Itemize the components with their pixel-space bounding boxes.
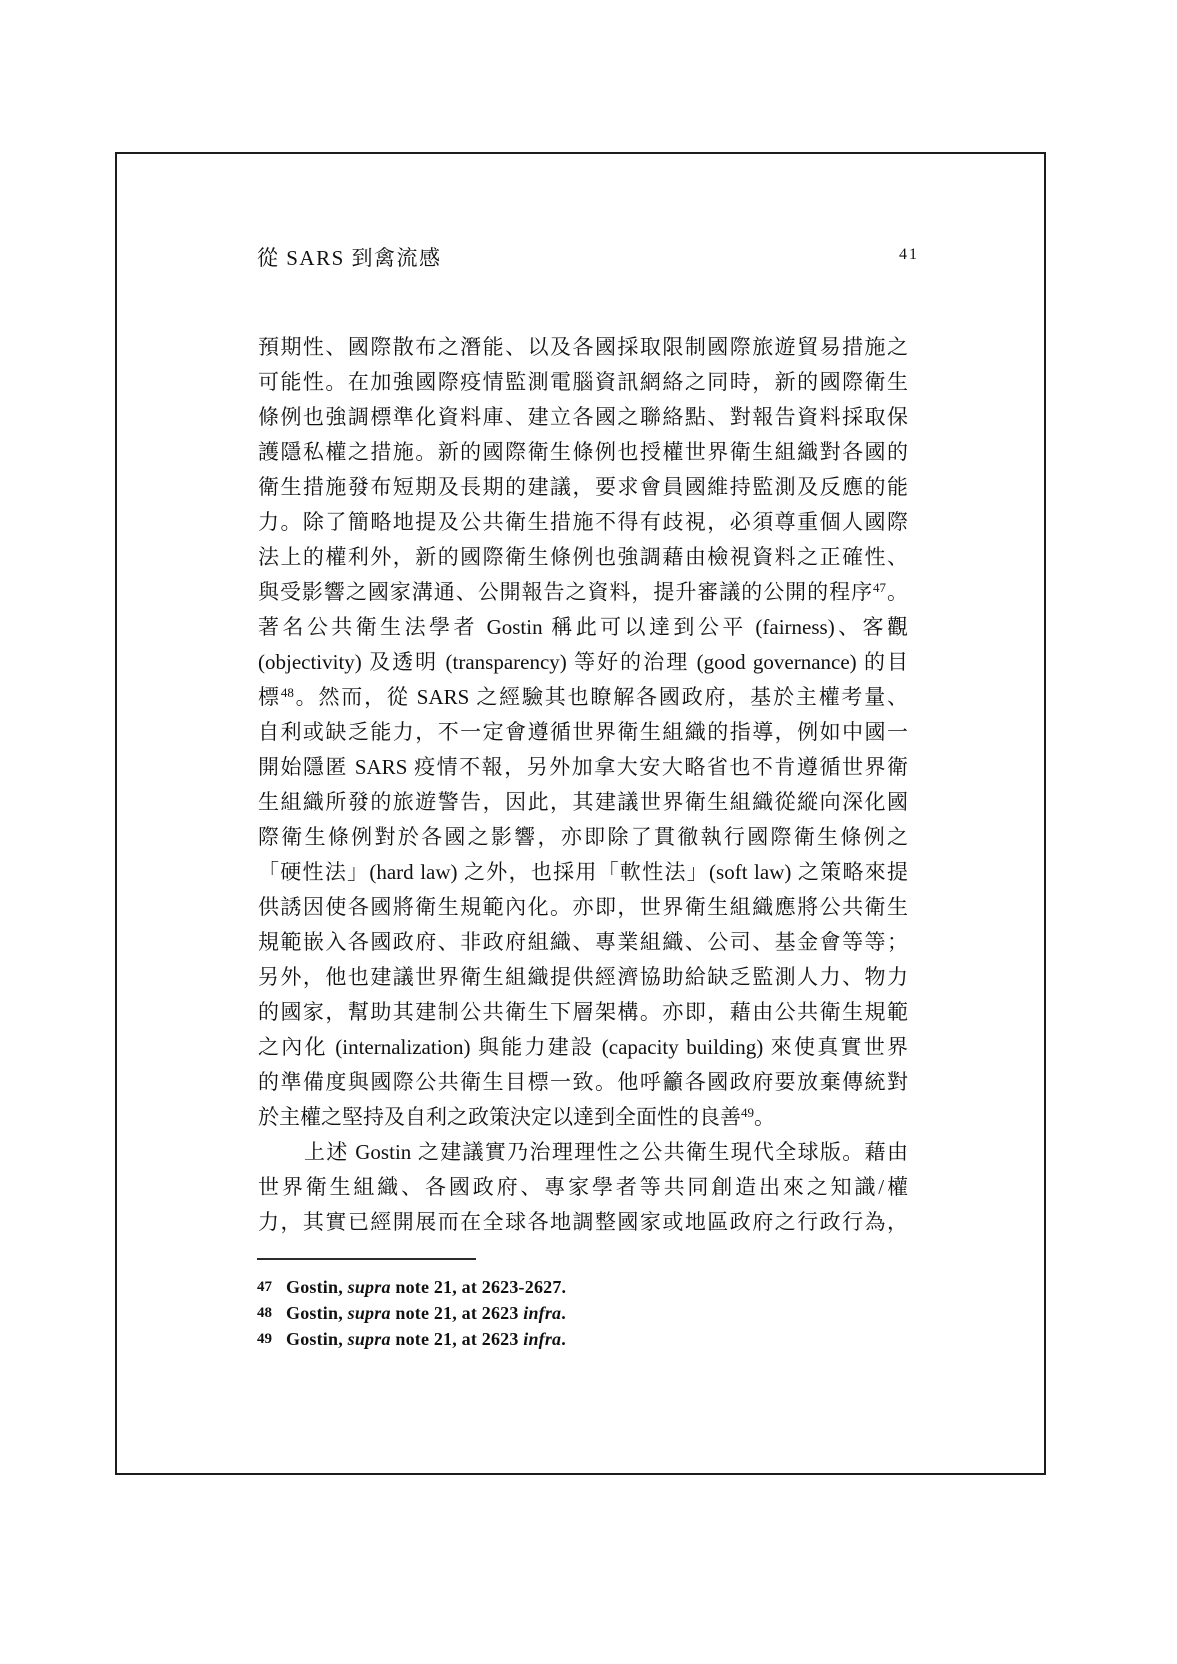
- body-text-segment: 規範嵌入各國政府、非政府組織、專業組織、公司、基金會等等；: [258, 930, 908, 954]
- footnote-text-italic-segment: infra: [523, 1329, 561, 1349]
- body-text-segment: 。然而，從 SARS 之經驗其也瞭解各國政府，基於主權考量、: [294, 685, 908, 709]
- body-text-segment: 預期性、國際散布之潛能、以及各國採取限制國際旅遊貿易措施之: [258, 335, 908, 359]
- body-text-segment: 於主權之堅持及自利之政策決定以達到全面性的良善: [258, 1105, 741, 1129]
- body-line: 世界衛生組織、各國政府、專家學者等共同創造出來之知識/權: [258, 1170, 908, 1205]
- body-line: 之內化 (internalization) 與能力建設 (capacity bu…: [258, 1030, 908, 1065]
- body-line: 際衛生條例對於各國之影響，亦即除了貫徹執行國際衛生條例之: [258, 820, 908, 855]
- footnote-number: 48: [257, 1300, 277, 1326]
- footnote-text: Gostin, supra note 21, at 2623-2627.: [286, 1277, 566, 1297]
- body-text-segment: 生組織所發的旅遊警告，因此，其建議世界衛生組織從縱向深化國: [258, 790, 908, 814]
- body-line: 標48。然而，從 SARS 之經驗其也瞭解各國政府，基於主權考量、: [258, 680, 908, 715]
- body-text-segment: 的國家，幫助其建制公共衛生下層架構。亦即，藉由公共衛生規範: [258, 1000, 908, 1024]
- body-text-segment: 。: [754, 1105, 775, 1129]
- body-line: 著名公共衛生法學者 Gostin 稱此可以達到公平 (fairness)、客觀: [258, 610, 908, 645]
- body-text-segment: 另外，他也建議世界衛生組織提供經濟協助給缺乏監測人力、物力: [258, 965, 908, 989]
- body-text-segment: 之內化 (internalization) 與能力建設 (capacity bu…: [258, 1035, 908, 1059]
- running-header-title: 從 SARS 到禽流感: [257, 242, 442, 272]
- body-text-segment: 力。除了簡略地提及公共衛生措施不得有歧視，必須尊重個人國際: [258, 510, 908, 534]
- footnote-text-italic-segment: infra: [523, 1303, 561, 1323]
- body-line: 另外，他也建議世界衛生組織提供經濟協助給缺乏監測人力、物力: [258, 960, 908, 995]
- body-line: 力。除了簡略地提及公共衛生措施不得有歧視，必須尊重個人國際: [258, 505, 908, 540]
- body-line: 「硬性法」(hard law) 之外，也採用「軟性法」(soft law) 之策…: [258, 855, 908, 890]
- footnote-number: 49: [257, 1326, 277, 1352]
- body-text-segment: 際衛生條例對於各國之影響，亦即除了貫徹執行國際衛生條例之: [258, 825, 908, 849]
- page-number: 41: [899, 246, 919, 264]
- body-line: 預期性、國際散布之潛能、以及各國採取限制國際旅遊貿易措施之: [258, 330, 908, 365]
- body-line: 於主權之堅持及自利之政策決定以達到全面性的良善49。: [258, 1100, 908, 1135]
- body-line: 規範嵌入各國政府、非政府組織、專業組織、公司、基金會等等；: [258, 925, 908, 960]
- footnote-separator: [257, 1258, 476, 1260]
- body-text-segment: 開始隱匿 SARS 疫情不報，另外加拿大安大略省也不肯遵循世界衛: [258, 755, 908, 779]
- footnote: 49Gostin, supra note 21, at 2623 infra.: [257, 1326, 908, 1352]
- body-text-segment: 護隱私權之措施。新的國際衛生條例也授權世界衛生組織對各國的: [258, 440, 908, 464]
- body-text-segment: 標: [258, 685, 281, 709]
- body-text-segment: 力，其實已經開展而在全球各地調整國家或地區政府之行政行為，: [258, 1210, 908, 1234]
- footnote-ref: 47: [873, 580, 886, 595]
- footnote: 47Gostin, supra note 21, at 2623-2627.: [257, 1274, 908, 1300]
- footnote-text-segment: .: [561, 1303, 566, 1323]
- body-text-segment: 法上的權利外，新的國際衛生條例也強調藉由檢視資料之正確性、: [258, 545, 908, 569]
- footnote-text-italic-segment: supra: [348, 1303, 391, 1323]
- footnote-text-segment: Gostin,: [286, 1329, 348, 1349]
- body-text-segment: 可能性。在加強國際疫情監測電腦資訊網絡之同時，新的國際衛生: [258, 370, 908, 394]
- footnote-text-segment: Gostin,: [286, 1303, 348, 1323]
- body-text-segment: 的準備度與國際公共衛生目標一致。他呼籲各國政府要放棄傳統對: [258, 1070, 908, 1094]
- body-line: 衛生措施發布短期及長期的建議，要求會員國維持監測及反應的能: [258, 470, 908, 505]
- body-line: 力，其實已經開展而在全球各地調整國家或地區政府之行政行為，: [258, 1205, 908, 1240]
- body-text-segment: 著名公共衛生法學者 Gostin 稱此可以達到公平 (fairness)、客觀: [258, 615, 908, 639]
- footnote-ref: 49: [741, 1105, 754, 1120]
- document-page: 從 SARS 到禽流感 41 預期性、國際散布之潛能、以及各國採取限制國際旅遊貿…: [0, 0, 1177, 1664]
- footnotes-block: 47Gostin, supra note 21, at 2623-2627.48…: [257, 1274, 908, 1352]
- body-line: 護隱私權之措施。新的國際衛生條例也授權世界衛生組織對各國的: [258, 435, 908, 470]
- footnote-text-italic-segment: supra: [348, 1277, 391, 1297]
- body-line: (objectivity) 及透明 (transparency) 等好的治理 (…: [258, 645, 908, 680]
- body-line: 條例也強調標準化資料庫、建立各國之聯絡點、對報告資料採取保: [258, 400, 908, 435]
- footnote-text: Gostin, supra note 21, at 2623 infra.: [286, 1329, 566, 1349]
- body-text-segment: 與受影響之國家溝通、公開報告之資料，提升審議的公開的程序: [258, 580, 873, 604]
- footnote-ref: 48: [281, 685, 294, 700]
- body-text-segment: 自利或缺乏能力，不一定會遵循世界衛生組織的指導，例如中國一: [258, 720, 908, 744]
- body-text-segment: 世界衛生組織、各國政府、專家學者等共同創造出來之知識/權: [258, 1175, 908, 1199]
- body-text-segment: 上述 Gostin 之建議實乃治理理性之公共衛生現代全球版。藉由: [304, 1140, 908, 1164]
- body-line: 供誘因使各國將衛生規範內化。亦即，世界衛生組織應將公共衛生: [258, 890, 908, 925]
- body-text-segment: 。: [886, 580, 908, 604]
- footnote: 48Gostin, supra note 21, at 2623 infra.: [257, 1300, 908, 1326]
- body-line: 可能性。在加強國際疫情監測電腦資訊網絡之同時，新的國際衛生: [258, 365, 908, 400]
- footnote-text: Gostin, supra note 21, at 2623 infra.: [286, 1303, 566, 1323]
- footnote-text-segment: note 21, at 2623: [391, 1303, 524, 1323]
- body-text-segment: (objectivity) 及透明 (transparency) 等好的治理 (…: [258, 650, 908, 674]
- footnote-text-segment: Gostin,: [286, 1277, 348, 1297]
- body-line: 生組織所發的旅遊警告，因此，其建議世界衛生組織從縱向深化國: [258, 785, 908, 820]
- body-text-segment: 條例也強調標準化資料庫、建立各國之聯絡點、對報告資料採取保: [258, 405, 908, 429]
- body-text-segment: 供誘因使各國將衛生規範內化。亦即，世界衛生組織應將公共衛生: [258, 895, 908, 919]
- body-line: 法上的權利外，新的國際衛生條例也強調藉由檢視資料之正確性、: [258, 540, 908, 575]
- body-line: 與受影響之國家溝通、公開報告之資料，提升審議的公開的程序47。: [258, 575, 908, 610]
- footnote-text-segment: note 21, at 2623: [391, 1329, 524, 1349]
- body-text-block: 預期性、國際散布之潛能、以及各國採取限制國際旅遊貿易措施之可能性。在加強國際疫情…: [258, 330, 908, 1240]
- body-line: 開始隱匿 SARS 疫情不報，另外加拿大安大略省也不肯遵循世界衛: [258, 750, 908, 785]
- footnote-number: 47: [257, 1274, 277, 1300]
- body-line: 上述 Gostin 之建議實乃治理理性之公共衛生現代全球版。藉由: [258, 1135, 908, 1170]
- footnote-text-segment: .: [561, 1329, 566, 1349]
- body-line: 的國家，幫助其建制公共衛生下層架構。亦即，藉由公共衛生規範: [258, 995, 908, 1030]
- body-text-segment: 「硬性法」(hard law) 之外，也採用「軟性法」(soft law) 之策…: [258, 860, 908, 884]
- body-line: 的準備度與國際公共衛生目標一致。他呼籲各國政府要放棄傳統對: [258, 1065, 908, 1100]
- footnote-text-segment: note 21, at 2623-2627.: [391, 1277, 567, 1297]
- body-line: 自利或缺乏能力，不一定會遵循世界衛生組織的指導，例如中國一: [258, 715, 908, 750]
- body-text-segment: 衛生措施發布短期及長期的建議，要求會員國維持監測及反應的能: [258, 475, 908, 499]
- footnote-text-italic-segment: supra: [348, 1329, 391, 1349]
